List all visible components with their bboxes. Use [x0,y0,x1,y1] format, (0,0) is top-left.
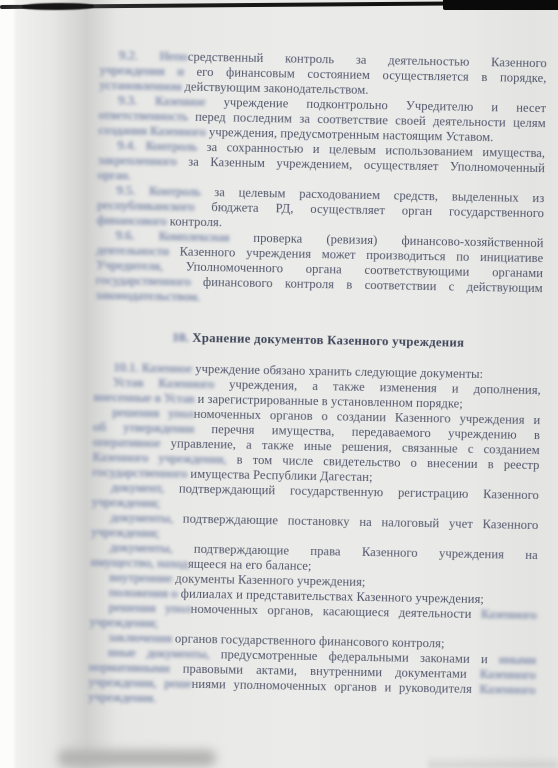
smudged-text-run: 9.3. Казенное [118,93,224,109]
smudged-text-run: государственного [92,465,190,481]
smudged-text-run: 9.5. Контроль [116,183,214,199]
smudged-text-run: положения о [109,585,181,600]
smudged-text-run: решения упол [109,600,191,615]
smudged-text-run: 9.2. Непо [119,48,188,63]
text-line: 10. Хранение документов Казенного учрежд… [95,329,542,352]
smudged-text-run: учреждения; [92,495,161,510]
smudged-text-run: 10. [172,330,192,344]
smudged-text-run: республиканского [97,198,211,214]
smudged-text-run: финансового [97,213,170,228]
smudged-text-run: заключения [108,630,175,645]
paragraph: 9.3. Казенное учреждение подконтрольно У… [98,93,546,146]
text-run: контроля. [170,214,223,229]
smudged-text-run: решения упол [112,405,194,420]
smudged-text-run: 10.1. Казенное [113,360,195,376]
smudged-text-run: иные документы, [108,645,221,661]
top-scan-edge-thick-segment [22,3,94,10]
smudged-text-run: учреждения и [99,63,196,79]
smudged-text-run: Казенного [480,667,536,682]
smudged-text-run: орган. [98,168,132,183]
smudged-text-run: внутренние [109,570,175,585]
paragraph: 9.4. Контроль за сохранностью и целевым … [98,138,546,191]
smudged-text-run: имущество, наход [90,555,188,571]
smudged-text-run: учреждения. [88,690,156,705]
smudged-text-run: документы, [110,540,194,556]
paragraph: решения уполномоченных органов о создани… [92,405,540,488]
document-text: 9.2. Непосредственный контроль за деятел… [88,48,547,713]
smudged-text-run: Казенного [481,607,537,622]
smudged-text-run: деятельности [96,243,180,259]
smudged-text-run: Учредителя, [96,258,186,274]
smudged-text-run: учреждения; [91,525,160,540]
smudged-text-run: законодательством. [95,288,200,304]
text-run: ящееся на его балансе; [188,557,312,573]
scan-corner-bar [443,0,558,10]
section-heading: 10. Хранение документов Казенного учрежд… [95,329,542,352]
smudged-text-run: 9.4. Контроль [117,138,207,154]
smudged-text-run: государственного [96,273,204,289]
smudged-text-run: Устав Казенного [113,375,229,391]
smudged-text-run: создания Казенного [98,123,209,139]
smudged-text-run: Казенного учреждения, [92,450,236,467]
smudged-text-run: учреждения, реше [88,675,191,691]
smudged-text-run: учреждения; [89,615,158,630]
smudged-text-run: документы, [110,510,183,525]
bottom-right-shade [428,756,558,768]
paragraph: 9.6. Комплексная проверка (ревизия) фина… [95,228,543,311]
scanned-document-page: 9.2. Непосредственный контроль за деятел… [0,0,558,768]
page-left-edge [0,0,13,768]
smudged-text-run: ответственность [99,108,196,124]
smudged-text-run: внесенные в Устав [93,390,197,406]
bottom-scan-shadow [58,750,216,766]
paragraph: иные документы, предусмотренные федераль… [88,645,536,713]
smudged-text-run: иными [499,652,536,667]
text-run: Хранение документов Казенного учреждения [192,331,464,350]
smudged-text-run: 9.6. Комплексная [115,228,253,245]
smudged-text-run: оперативное [93,435,171,450]
smudged-text-run: Казенного [479,682,535,697]
smudged-text-run: нормативными [89,660,183,676]
smudged-text-run: документ, [111,480,179,495]
paragraph: 9.2. Непосредственный контроль за деятел… [99,48,547,101]
paragraph: 9.5. Контроль за целевым расходованием с… [97,183,545,236]
smudged-text-run: закрепленного [98,153,188,169]
smudged-text-run: об утверждении [93,420,212,436]
smudged-text-run: установленном [99,78,184,94]
